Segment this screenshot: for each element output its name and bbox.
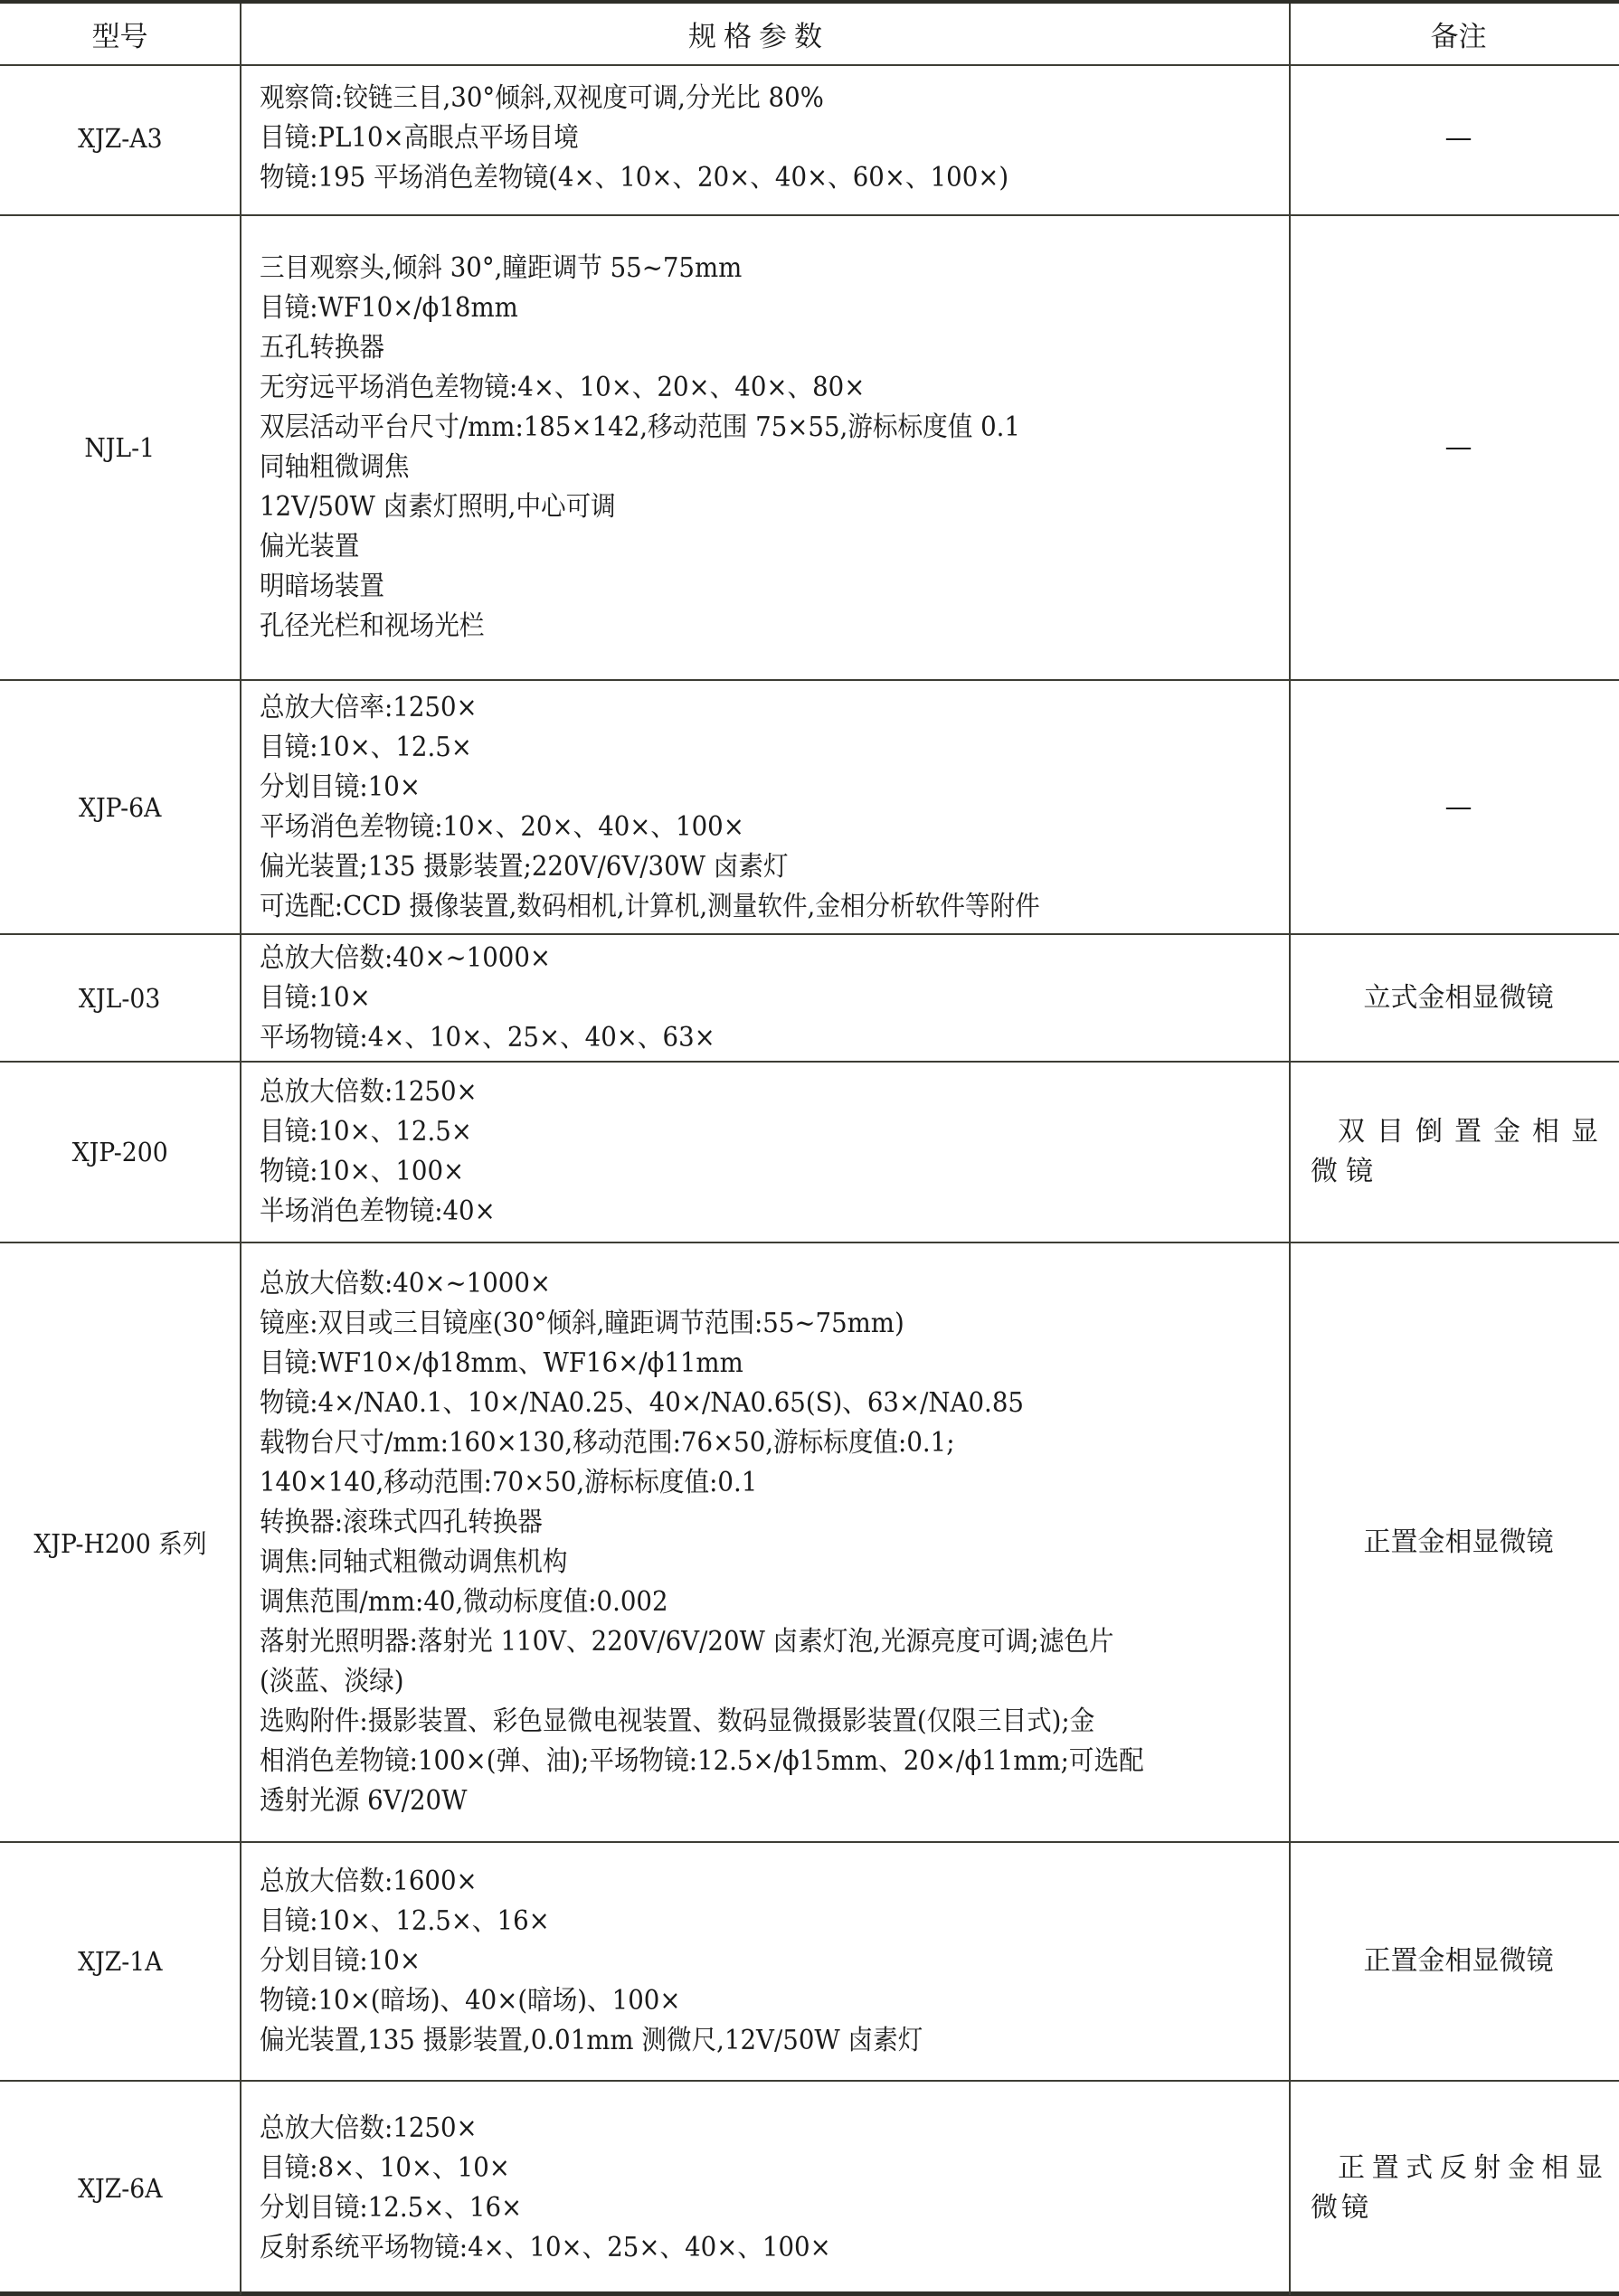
note-text: — xyxy=(1445,788,1472,827)
model-cell: NJL-1 xyxy=(0,216,240,679)
table-header-row: 型号 规格参数 备注 xyxy=(0,4,1619,66)
model-name: XJZ-6A xyxy=(78,2173,162,2204)
spec-line: 同轴粗微调焦 xyxy=(260,448,1020,487)
note-cell: 双目倒置金相显微镜 xyxy=(1289,1063,1619,1242)
spec-line: 目镜:10× xyxy=(260,978,715,1018)
note-cell: 正置金相显微镜 xyxy=(1289,1843,1619,2080)
spec-line: 目镜:8×、10×、10× xyxy=(260,2149,831,2188)
spec-line: 无穷远平场消色差物镜:4×、10×、20×、40×、80× xyxy=(260,368,1020,408)
spec-line: 目镜:10×、12.5× xyxy=(260,1112,496,1152)
spec-line: 偏光装置 xyxy=(260,527,1020,567)
spec-line: 三目观察头,倾斜 30°,瞳距调节 55~75mm xyxy=(260,249,1020,288)
model-cell: XJP-200 xyxy=(0,1063,240,1242)
spec-line: 孔径光栏和视场光栏 xyxy=(260,607,1020,647)
spec-line: 选购附件:摄影装置、彩色显微电视装置、数码显微摄影装置(仅限三目式);金 xyxy=(260,1702,1144,1742)
spec-line: 反射系统平场物镜:4×、10×、25×、40×、100× xyxy=(260,2228,831,2268)
spec-line: 平场消色差物镜:10×、20×、40×、100× xyxy=(260,808,1040,847)
spec-line: 调焦范围/mm:40,微动标度值:0.002 xyxy=(260,1583,1144,1622)
header-model-label: 型号 xyxy=(92,14,148,54)
note-cell: — xyxy=(1289,216,1619,679)
note-text: 立式金相显微镜 xyxy=(1364,978,1554,1018)
model-name: NJL-1 xyxy=(85,432,156,463)
spec-line: 总放大倍数:1250× xyxy=(260,1072,496,1112)
header-spec: 规格参数 xyxy=(240,4,1289,64)
model-name: XJZ-A3 xyxy=(78,123,162,154)
microscope-spec-table: 型号 规格参数 备注 XJZ-A3 观察筒:铰链三目,30°倾斜,双视度可调,分… xyxy=(0,0,1619,2296)
table-row: XJP-6A 总放大倍率:1250× 目镜:10×、12.5× 分划目镜:10×… xyxy=(0,681,1619,935)
spec-line: 140×140,移动范围:70×50,游标标度值:0.1 xyxy=(260,1463,1144,1503)
header-note-label: 备注 xyxy=(1431,14,1487,54)
spec-cell: 总放大倍率:1250× 目镜:10×、12.5× 分划目镜:10× 平场消色差物… xyxy=(240,681,1289,933)
model-name: XJP-6A xyxy=(79,792,161,823)
spec-line: 物镜:195 平场消色差物镜(4×、10×、20×、40×、60×、100×) xyxy=(260,158,1008,198)
spec-line: 分划目镜:12.5×、16× xyxy=(260,2188,831,2228)
spec-cell: 观察筒:铰链三目,30°倾斜,双视度可调,分光比 80% 目镜:PL10×高眼点… xyxy=(240,62,1289,214)
model-name: XJL-03 xyxy=(79,983,160,1014)
note-text: 正置金相显微镜 xyxy=(1364,1942,1554,1981)
model-cell: XJZ-1A xyxy=(0,1843,240,2080)
table-row: XJZ-6A 总放大倍数:1250× 目镜:8×、10×、10× 分划目镜:12… xyxy=(0,2082,1619,2295)
note-text: — xyxy=(1445,428,1472,468)
spec-line: 分划目镜:10× xyxy=(260,1942,923,1981)
table-row: XJZ-1A 总放大倍数:1600× 目镜:10×、12.5×、16× 分划目镜… xyxy=(0,1843,1619,2082)
header-model: 型号 xyxy=(0,4,240,64)
spec-cell: 总放大倍数:1600× 目镜:10×、12.5×、16× 分划目镜:10× 物镜… xyxy=(240,1843,1289,2080)
spec-line: 分划目镜:10× xyxy=(260,768,1040,808)
spec-line: 偏光装置;135 摄影装置;220V/6V/30W 卤素灯 xyxy=(260,847,1040,887)
model-cell: XJZ-6A xyxy=(0,2082,240,2295)
spec-line: 总放大倍数:40×~1000× xyxy=(260,939,715,978)
model-name: XJP-H200 系列 xyxy=(33,1524,206,1561)
note-cell: — xyxy=(1289,681,1619,933)
spec-cell: 总放大倍数:1250× 目镜:8×、10×、10× 分划目镜:12.5×、16×… xyxy=(240,2082,1289,2295)
model-cell: XJP-H200 系列 xyxy=(0,1243,240,1841)
spec-line: 调焦:同轴式粗微动调焦机构 xyxy=(260,1543,1144,1583)
spec-line: 明暗场装置 xyxy=(260,567,1020,607)
note-cell: — xyxy=(1289,62,1619,214)
spec-line: 物镜:10×、100× xyxy=(260,1152,496,1192)
spec-line: 物镜:10×(暗场)、40×(暗场)、100× xyxy=(260,1981,923,2021)
spec-line: 物镜:4×/NA0.1、10×/NA0.25、40×/NA0.65(S)、63×… xyxy=(260,1384,1144,1423)
spec-line: 目镜:10×、12.5× xyxy=(260,728,1040,768)
spec-line: 目镜:10×、12.5×、16× xyxy=(260,1902,923,1942)
note-cell: 立式金相显微镜 xyxy=(1289,935,1619,1061)
spec-line: 目镜:WF10×/ϕ18mm、WF16×/ϕ11mm xyxy=(260,1344,1144,1384)
model-cell: XJL-03 xyxy=(0,935,240,1061)
header-spec-label: 规格参数 xyxy=(688,14,829,54)
header-note: 备注 xyxy=(1289,4,1619,64)
spec-line: 转换器:滚珠式四孔转换器 xyxy=(260,1503,1144,1543)
model-cell: XJZ-A3 xyxy=(0,62,240,214)
spec-line: 可选配:CCD 摄像装置,数码相机,计算机,测量软件,金相分析软件等附件 xyxy=(260,887,1040,927)
spec-cell: 总放大倍数:1250× 目镜:10×、12.5× 物镜:10×、100× 半场消… xyxy=(240,1063,1289,1242)
table-row: XJP-200 总放大倍数:1250× 目镜:10×、12.5× 物镜:10×、… xyxy=(0,1063,1619,1243)
model-name: XJZ-1A xyxy=(78,1946,162,1977)
spec-line: 目镜:WF10×/ϕ18mm xyxy=(260,288,1020,328)
note-cell: 正置金相显微镜 xyxy=(1289,1243,1619,1841)
spec-cell: 总放大倍数:40×~1000× 镜座:双目或三目镜座(30°倾斜,瞳距调节范围:… xyxy=(240,1243,1289,1841)
table-row: XJZ-A3 观察筒:铰链三目,30°倾斜,双视度可调,分光比 80% 目镜:P… xyxy=(0,62,1619,216)
table-row: NJL-1 三目观察头,倾斜 30°,瞳距调节 55~75mm 目镜:WF10×… xyxy=(0,216,1619,681)
spec-line: 12V/50W 卤素灯照明,中心可调 xyxy=(260,487,1020,527)
spec-line: 总放大倍数:1600× xyxy=(260,1862,923,1902)
note-text: — xyxy=(1445,118,1472,158)
spec-cell: 三目观察头,倾斜 30°,瞳距调节 55~75mm 目镜:WF10×/ϕ18mm… xyxy=(240,216,1289,679)
spec-line: 偏光装置,135 摄影装置,0.01mm 测微尺,12V/50W 卤素灯 xyxy=(260,2021,923,2061)
note-cell: 正置式反射金相显微镜 xyxy=(1289,2082,1619,2295)
spec-line: 透射光源 6V/20W xyxy=(260,1781,1144,1821)
spec-line: 目镜:PL10×高眼点平场目境 xyxy=(260,118,1008,158)
spec-line: 双层活动平台尺寸/mm:185×142,移动范围 75×55,游标标度值 0.1 xyxy=(260,408,1020,448)
spec-line: 总放大倍数:40×~1000× xyxy=(260,1264,1144,1304)
spec-line: 总放大倍数:1250× xyxy=(260,2109,831,2149)
note-text: 正置式反射金相显微镜 xyxy=(1311,2149,1606,2228)
spec-line: 半场消色差物镜:40× xyxy=(260,1192,496,1232)
note-text: 双目倒置金相显微镜 xyxy=(1311,1112,1606,1192)
spec-line: 总放大倍率:1250× xyxy=(260,688,1040,728)
spec-line: 镜座:双目或三目镜座(30°倾斜,瞳距调节范围:55~75mm) xyxy=(260,1304,1144,1344)
table-row: XJL-03 总放大倍数:40×~1000× 目镜:10× 平场物镜:4×、10… xyxy=(0,935,1619,1063)
spec-cell: 总放大倍数:40×~1000× 目镜:10× 平场物镜:4×、10×、25×、4… xyxy=(240,935,1289,1061)
spec-line: 五孔转换器 xyxy=(260,328,1020,368)
spec-line: 观察筒:铰链三目,30°倾斜,双视度可调,分光比 80% xyxy=(260,79,1008,118)
note-text: 正置金相显微镜 xyxy=(1364,1523,1554,1563)
model-name: XJP-200 xyxy=(71,1137,167,1167)
model-cell: XJP-6A xyxy=(0,681,240,933)
spec-line: 平场物镜:4×、10×、25×、40×、63× xyxy=(260,1018,715,1058)
spec-line: (淡蓝、淡绿) xyxy=(260,1662,1144,1702)
spec-line: 相消色差物镜:100×(弹、油);平场物镜:12.5×/ϕ15mm、20×/ϕ1… xyxy=(260,1742,1144,1781)
spec-line: 落射光照明器:落射光 110V、220V/6V/20W 卤素灯泡,光源亮度可调;… xyxy=(260,1622,1144,1662)
spec-line: 载物台尺寸/mm:160×130,移动范围:76×50,游标标度值:0.1; xyxy=(260,1423,1144,1463)
table-row: XJP-H200 系列 总放大倍数:40×~1000× 镜座:双目或三目镜座(3… xyxy=(0,1243,1619,1843)
